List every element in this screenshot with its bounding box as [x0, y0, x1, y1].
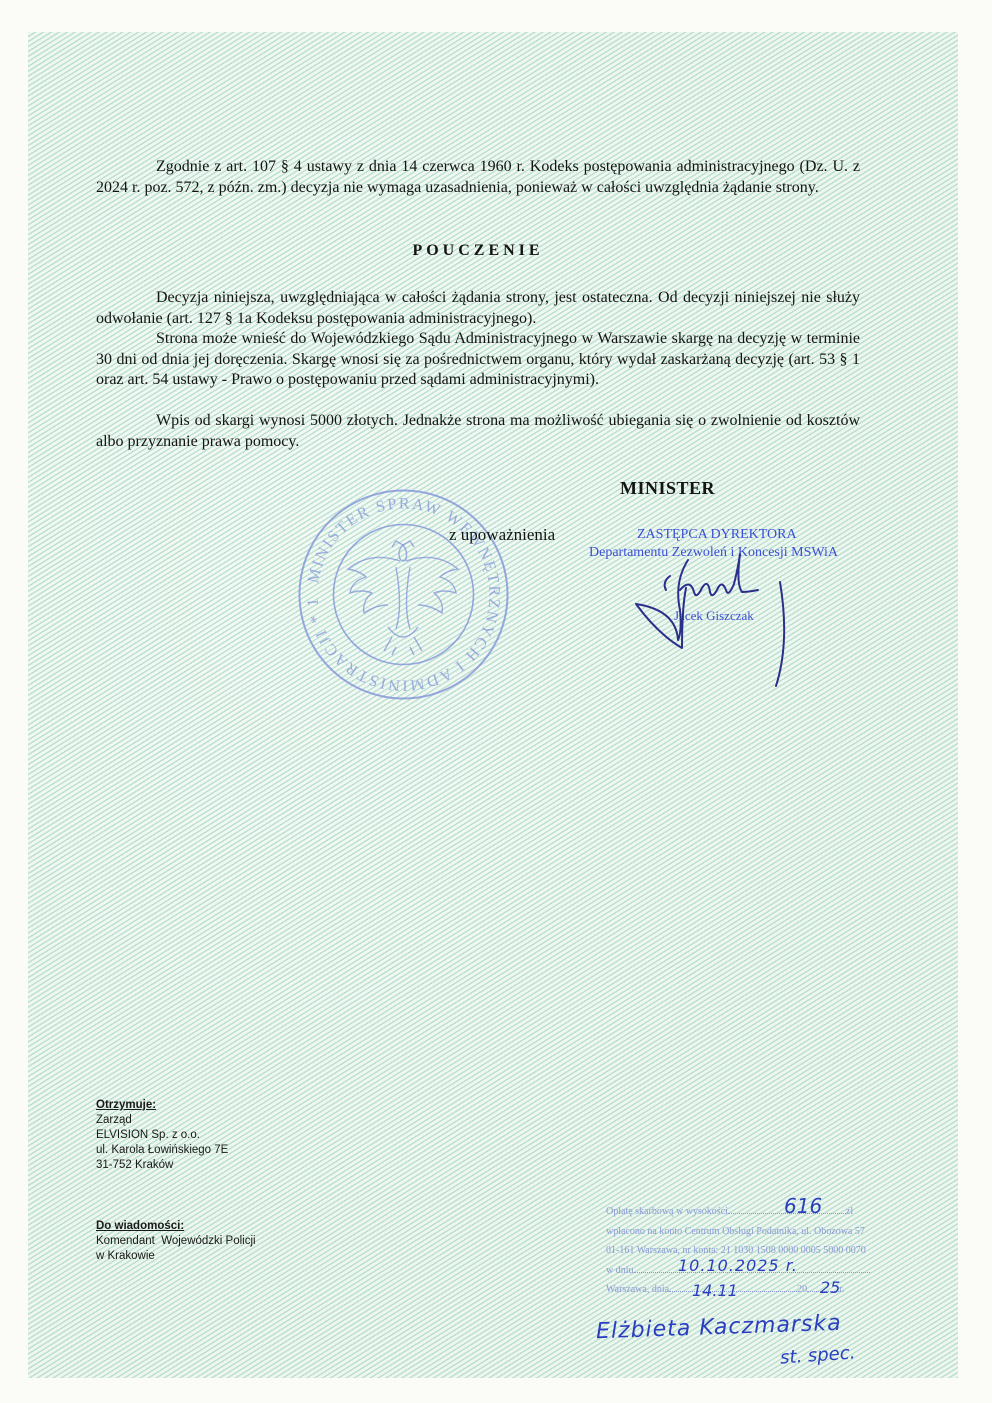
heading-pouczenie: POUCZENIE	[96, 242, 860, 260]
handwritten-fee-amount: 616	[784, 1194, 822, 1218]
security-pattern-background	[28, 32, 958, 1378]
fee-place-date-label: Warszawa, dnia	[606, 1284, 669, 1295]
recipient-line: ul. Karola Łowińskiego 7E	[96, 1143, 228, 1158]
paragraph-fee: Wpis od skargi wynosi 5000 złotych. Jedn…	[96, 411, 860, 452]
fee-currency: zł	[846, 1206, 853, 1217]
paragraph-final-decision: Decyzja niniejsza, uwzględniająca w cało…	[96, 288, 860, 329]
recipient-line: 31-752 Kraków	[96, 1158, 228, 1173]
for-information-block: Do wiadomości: Komendant Wojewódzki Poli…	[96, 1219, 256, 1264]
recipient-line: Zarząd	[96, 1113, 228, 1128]
official-seal-icon: MINISTER SPRAW WEWNĘTRZNYCH I ADMINISTRA…	[296, 487, 511, 702]
authority-title: MINISTER	[620, 478, 715, 499]
fee-paid-date-label: w dniu	[606, 1265, 634, 1276]
fee-amount-label: Opłatę skarbową w wysokości	[606, 1206, 728, 1217]
handwritten-year: 25	[820, 1278, 840, 1297]
handwritten-signature-icon	[600, 550, 820, 690]
paragraph-intro: Zgodnie z art. 107 § 4 ustawy z dnia 14 …	[96, 157, 860, 198]
fee-year-prefix: 20	[797, 1284, 807, 1295]
paragraph-court-complaint: Strona może wnieść do Wojewódzkiego Sądu…	[96, 329, 860, 391]
handwritten-date: 14.11	[692, 1281, 738, 1300]
authorization-note: z upoważnienia	[449, 525, 555, 545]
stamp-position-title: ZASTĘPCA DYREKTORA	[637, 527, 797, 543]
recipients-block: Otrzymuje: Zarząd ELVISION Sp. z o.o. ul…	[96, 1098, 228, 1173]
handwritten-paid-date: 10.10.2025 r.	[678, 1256, 798, 1275]
for-information-line: Komendant Wojewódzki Policji	[96, 1234, 256, 1249]
fee-account-line-1: wpłacono na konto Centrum Obsługi Podatn…	[606, 1222, 878, 1242]
recipients-header: Otrzymuje:	[96, 1098, 228, 1113]
for-information-line: w Krakowie	[96, 1249, 256, 1264]
recipient-line: ELVISION Sp. z o.o.	[96, 1128, 228, 1143]
for-information-header: Do wiadomości:	[96, 1219, 256, 1234]
